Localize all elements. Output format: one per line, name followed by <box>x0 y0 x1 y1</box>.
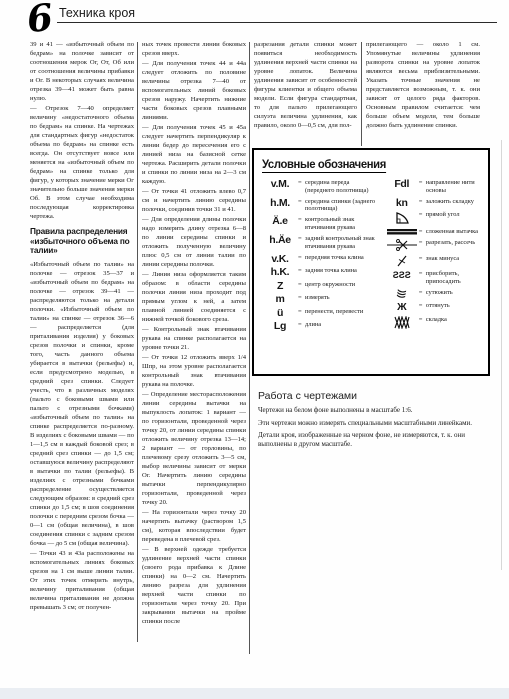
body-paragraph: — Отрезок 7—40 определяет величину «недо… <box>30 104 134 221</box>
minus-icon <box>385 255 419 267</box>
equals-sign: = <box>298 216 305 224</box>
column-divider <box>361 42 362 146</box>
legend-row: = знак минуса <box>385 255 482 267</box>
column-divider <box>249 42 250 654</box>
symbol-description: складка <box>426 316 482 324</box>
symbol-description: знак минуса <box>426 255 482 263</box>
legend-row: Fdl = направление нити основы <box>385 179 482 194</box>
equals-sign: = <box>419 179 426 187</box>
legend-row: ü = перенести, перевести <box>262 308 377 318</box>
footer-bar <box>0 688 509 699</box>
symbol-description: середина переда (переднего полотнища) <box>305 179 377 194</box>
equals-sign: = <box>298 321 305 329</box>
body-paragraph: Чертежи на белом фоне выполнены в масшта… <box>258 406 492 415</box>
symbol-description: разрезать, рассечь <box>426 239 482 247</box>
equals-sign: = <box>298 281 305 289</box>
symbol-hK: h.K. <box>262 267 298 277</box>
symbol-description: середина спинки (заднего полотнища) <box>305 198 377 213</box>
equals-sign: = <box>419 270 426 278</box>
symbol-description: направление нити основы <box>426 179 482 194</box>
legend-row: Z = центр окружности <box>262 281 377 291</box>
symbol-description: сутюжить <box>426 289 482 297</box>
scanned-book-page: 6 Техника кроя 39 и 41 — «избыточный объ… <box>0 0 509 699</box>
symbol-description: задний контрольный знак втачивания рукав… <box>305 235 377 250</box>
work-with-drawings-section: Работа с чертежами Чертежи на белом фоне… <box>258 390 492 452</box>
pleat-icon <box>385 316 419 329</box>
text-column-2: ных точек провести линии боковых срезов … <box>142 40 246 640</box>
symbol-description: сложенная вытачка <box>426 228 482 236</box>
legend-row: v.K. = передняя точка клина <box>262 254 377 264</box>
page-edge-line <box>501 140 502 570</box>
legend-row: Ä.e = контрольный знак втачивания рукава <box>262 216 377 231</box>
symbol-description: задняя точка клина <box>305 267 377 275</box>
chapter-logo-glyph: 6 <box>25 0 55 41</box>
symbol-description: заложить складку <box>426 198 482 206</box>
legend-row: = сложенная вытачка <box>385 228 482 236</box>
body-paragraph: Детали кроя, изображенные на черном фоне… <box>258 431 492 448</box>
equals-sign: = <box>298 308 305 316</box>
equals-sign: = <box>298 235 305 243</box>
body-paragraph: — В верхней одежде требуется удлинение в… <box>142 545 246 626</box>
legend-row: ))) = сутюжить <box>385 289 482 299</box>
column-divider <box>137 42 138 642</box>
section-heading: Работа с чертежами <box>258 390 492 402</box>
legend-left-column: v.M. = середина переда (переднего полотн… <box>262 179 377 335</box>
symbol-description: контрольный знак втачивания рукава <box>305 216 377 231</box>
body-paragraph: — Для получения точек 44 и 44а следует о… <box>142 59 246 122</box>
symbol-description: измерять <box>305 294 377 302</box>
symbol-description: оттянуть <box>426 302 482 310</box>
pleat-label: kn <box>385 198 419 208</box>
right-angle-icon <box>385 211 419 224</box>
gather-icon: ƧƧƧ <box>385 270 419 280</box>
legend-row: m = измерять <box>262 294 377 304</box>
cut-icon <box>385 239 419 251</box>
page-title: Техника кроя <box>59 6 135 20</box>
body-paragraph: — Линия низа оформляется таким образом: … <box>142 270 246 324</box>
body-paragraph: — От точки 12 отложить вверх 1/4 Шпр, на… <box>142 353 246 389</box>
body-paragraph: — Для определения длины полочки надо изм… <box>142 215 246 269</box>
legend-row: v.M. = середина переда (переднего полотн… <box>262 179 377 194</box>
legend-row: h.K. = задняя точка клина <box>262 267 377 277</box>
equals-sign: = <box>419 198 426 206</box>
body-paragraph: 39 и 41 — «избыточный объем по бедрам» н… <box>30 40 134 103</box>
header-rule <box>57 22 497 23</box>
legend-row: = прямой угол <box>385 211 482 224</box>
legend-row: = складка <box>385 316 482 329</box>
symbol-vM: v.M. <box>262 179 298 189</box>
symbol-hAe: h.Äe <box>262 235 298 245</box>
body-paragraph: — Контрольный знак втачивания рукава на … <box>142 325 246 352</box>
text-column-1: 39 и 41 — «избыточный объем по бедрам» н… <box>30 40 134 640</box>
equals-sign: = <box>419 255 426 263</box>
legend-row: Lg = длина <box>262 321 377 331</box>
equals-sign: = <box>419 239 426 247</box>
symbol-Z: Z <box>262 281 298 291</box>
body-paragraph: — Точки 43 и 43а расположены на вспомога… <box>30 549 134 612</box>
body-paragraph: ных точек провести линии боковых срезов … <box>142 40 246 58</box>
symbol-vK: v.K. <box>262 254 298 264</box>
symbol-description: длина <box>305 321 377 329</box>
body-paragraph: Эти чертежи можно измерять специальными … <box>258 419 492 428</box>
legend-row: kn = заложить складку <box>385 198 482 208</box>
equals-sign: = <box>298 254 305 262</box>
equals-sign: = <box>298 198 305 206</box>
legend-row: h.Äe = задний контрольный знак втачивани… <box>262 235 377 250</box>
ease-in-icon: ))) <box>385 289 419 299</box>
equals-sign: = <box>419 289 426 297</box>
text-column-3: разрезания детали спинки может появиться… <box>254 40 357 146</box>
symbol-description: передняя точка клина <box>305 254 377 262</box>
equals-sign: = <box>298 179 305 187</box>
legend-row: = разрезать, рассечь <box>385 239 482 251</box>
section-subheading: Правила распределения «избыточного объем… <box>30 227 134 256</box>
equals-sign: = <box>298 294 305 302</box>
body-paragraph: — От точки 41 отложить влево 0,7 см и на… <box>142 187 246 214</box>
symbols-legend-box: Условные обозначения v.M. = середина пер… <box>252 148 490 376</box>
equals-sign: = <box>419 302 426 310</box>
equals-sign: = <box>298 267 305 275</box>
equals-sign: = <box>419 211 426 219</box>
body-paragraph: — На горизонтали через точку 20 начертит… <box>142 508 246 544</box>
symbol-description: перенести, перевести <box>305 308 377 316</box>
symbol-description: прямой угол <box>426 211 482 219</box>
stretch-icon: Ж <box>385 302 419 312</box>
symbol-description: присборить, припосадить <box>426 270 482 285</box>
body-paragraph: «Избыточный объем по талии» на полочке —… <box>30 260 134 548</box>
legend-row: Ж = оттянуть <box>385 302 482 312</box>
folded-dart-icon <box>385 228 419 236</box>
symbol-m: m <box>262 294 298 304</box>
grainline-label: Fdl <box>385 179 419 189</box>
legend-row: h.M. = середина спинки (заднего полотнищ… <box>262 198 377 213</box>
legend-row: ƧƧƧ = присборить, припосадить <box>385 270 482 285</box>
body-paragraph: прилегающего — около 1 см. Упомянутые ве… <box>366 40 480 130</box>
text-column-4: прилегающего — около 1 см. Упомянутые ве… <box>366 40 480 146</box>
body-paragraph: — Определение месторасположения линии се… <box>142 390 246 507</box>
symbol-description: центр окружности <box>305 281 377 289</box>
body-paragraph: — Для получения точек 45 и 45а следует н… <box>142 123 246 186</box>
legend-right-column: Fdl = направление нити основы kn = залож… <box>385 179 482 335</box>
symbol-hM: h.M. <box>262 198 298 208</box>
body-paragraph: разрезания детали спинки может появиться… <box>254 40 357 130</box>
equals-sign: = <box>419 316 426 324</box>
legend-title: Условные обозначения <box>262 157 386 173</box>
symbol-Ae: Ä.e <box>262 216 298 226</box>
symbol-Lg: Lg <box>262 321 298 331</box>
symbol-u-umlaut: ü <box>262 308 298 318</box>
equals-sign: = <box>419 228 426 236</box>
